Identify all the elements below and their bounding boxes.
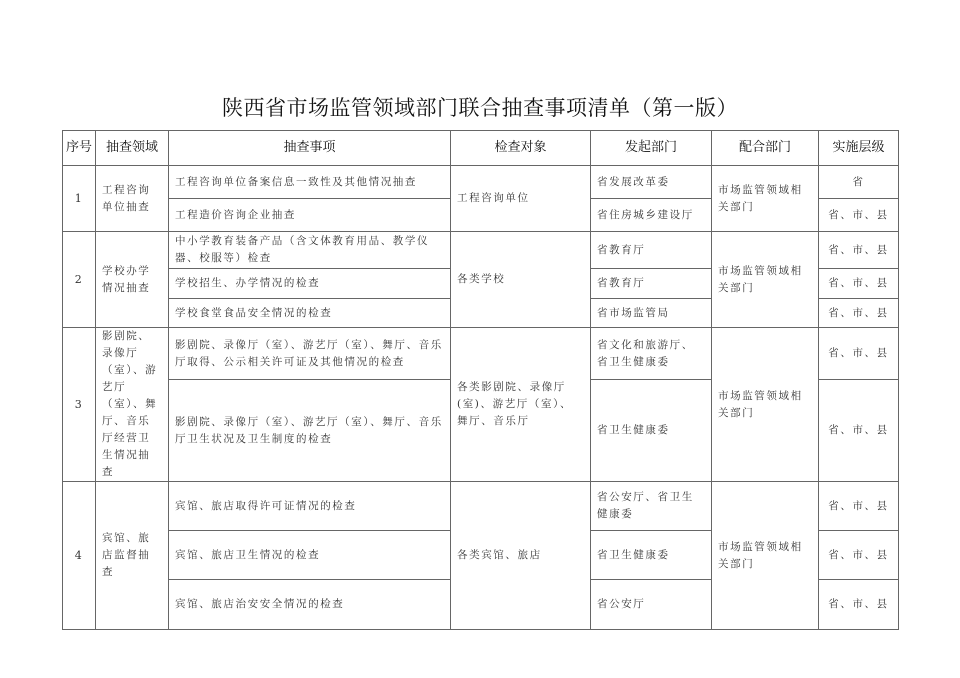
initiator-cell: 省文化和旅游厅、省卫生健康委 [591, 328, 712, 380]
cooperator-cell: 市场监管领域相关部门 [712, 482, 819, 630]
initiator-cell: 省住房城乡建设厅 [591, 199, 712, 232]
initiator-cell: 省市场监管局 [591, 299, 712, 328]
target-cell: 工程咨询单位 [451, 166, 591, 232]
item-cell: 学校食堂食品安全情况的检查 [169, 299, 451, 328]
cooperator-cell: 市场监管领域相关部门 [712, 328, 819, 482]
domain-cell: 学校办学情况抽查 [96, 232, 169, 328]
inspection-table: 序号 抽查领域 抽查事项 检查对象 发起部门 配合部门 实施层级 1 工程咨询单… [62, 130, 899, 630]
table-row: 3 影剧院、录像厅（室）、游艺厅（室）、舞厅、音乐厅经营卫生情况抽查 影剧院、录… [63, 328, 899, 380]
item-cell: 工程咨询单位备案信息一致性及其他情况抽查 [169, 166, 451, 199]
item-cell: 学校招生、办学情况的检查 [169, 269, 451, 299]
target-cell: 各类学校 [451, 232, 591, 328]
header-cooperator: 配合部门 [712, 131, 819, 166]
header-item: 抽查事项 [169, 131, 451, 166]
domain-cell: 工程咨询单位抽查 [96, 166, 169, 232]
seq-cell: 1 [63, 166, 96, 232]
document-title: 陕西省市场监管领域部门联合抽查事项清单（第一版） [0, 92, 960, 122]
cooperator-cell: 市场监管领域相关部门 [712, 166, 819, 232]
item-cell: 宾馆、旅店取得许可证情况的检查 [169, 482, 451, 531]
item-cell: 影剧院、录像厅（室）、游艺厅（室）、舞厅、音乐厅卫生状况及卫生制度的检查 [169, 380, 451, 482]
level-cell: 省、市、县 [819, 531, 899, 580]
header-initiator: 发起部门 [591, 131, 712, 166]
item-cell: 宾馆、旅店治安安全情况的检查 [169, 580, 451, 630]
header-target: 检查对象 [451, 131, 591, 166]
item-cell: 中小学教育装备产品（含文体教育用品、教学仪器、校服等）检查 [169, 232, 451, 269]
initiator-cell: 省教育厅 [591, 232, 712, 269]
item-cell: 宾馆、旅店卫生情况的检查 [169, 531, 451, 580]
cooperator-cell: 市场监管领域相关部门 [712, 232, 819, 328]
header-seq: 序号 [63, 131, 96, 166]
level-cell: 省、市、县 [819, 380, 899, 482]
target-cell: 各类影剧院、录像厅(室)、游艺厅（室）、舞厅、音乐厅 [451, 328, 591, 482]
level-cell: 省、市、县 [819, 482, 899, 531]
domain-cell: 影剧院、录像厅（室）、游艺厅（室）、舞厅、音乐厅经营卫生情况抽查 [96, 328, 169, 482]
initiator-cell: 省发展改革委 [591, 166, 712, 199]
item-cell: 影剧院、录像厅（室）、游艺厅（室）、舞厅、音乐厅取得、公示相关许可证及其他情况的… [169, 328, 451, 380]
seq-cell: 2 [63, 232, 96, 328]
initiator-cell: 省卫生健康委 [591, 380, 712, 482]
level-cell: 省、市、县 [819, 232, 899, 269]
level-cell: 省、市、县 [819, 580, 899, 630]
initiator-cell: 省公安厅、省卫生健康委 [591, 482, 712, 531]
header-domain: 抽查领域 [96, 131, 169, 166]
level-cell: 省、市、县 [819, 299, 899, 328]
level-cell: 省、市、县 [819, 199, 899, 232]
header-row: 序号 抽查领域 抽查事项 检查对象 发起部门 配合部门 实施层级 [63, 131, 899, 166]
table-row: 1 工程咨询单位抽查 工程咨询单位备案信息一致性及其他情况抽查 工程咨询单位 省… [63, 166, 899, 199]
level-cell: 省、市、县 [819, 269, 899, 299]
seq-cell: 3 [63, 328, 96, 482]
header-level: 实施层级 [819, 131, 899, 166]
target-cell: 各类宾馆、旅店 [451, 482, 591, 630]
level-cell: 省 [819, 166, 899, 199]
table-row: 4 宾馆、旅店监督抽查 宾馆、旅店取得许可证情况的检查 各类宾馆、旅店 省公安厅… [63, 482, 899, 531]
table-row: 2 学校办学情况抽查 中小学教育装备产品（含文体教育用品、教学仪器、校服等）检查… [63, 232, 899, 269]
seq-cell: 4 [63, 482, 96, 630]
level-cell: 省、市、县 [819, 328, 899, 380]
initiator-cell: 省教育厅 [591, 269, 712, 299]
item-cell: 工程造价咨询企业抽查 [169, 199, 451, 232]
initiator-cell: 省公安厅 [591, 580, 712, 630]
domain-cell: 宾馆、旅店监督抽查 [96, 482, 169, 630]
initiator-cell: 省卫生健康委 [591, 531, 712, 580]
